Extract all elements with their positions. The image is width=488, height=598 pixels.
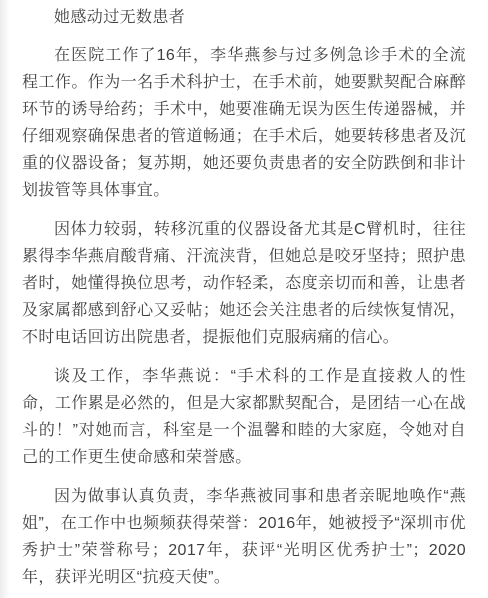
page-edge-shadow (0, 0, 10, 598)
article-title: 她感动过无数患者 (22, 4, 466, 31)
article-paragraph-1: 在医院工作了16年，李华燕参与过多例急诊手术的全流程工作。作为一名手术科护士，在… (22, 42, 466, 204)
article-body: 她感动过无数患者 在医院工作了16年，李华燕参与过多例急诊手术的全流程工作。作为… (22, 4, 466, 591)
article-paragraph-2: 因体力较弱，转移沉重的仪器设备尤其是C臂机时，往往累得李华燕肩酸背痛、汗流浃背，… (22, 216, 466, 351)
article-page: 她感动过无数患者 在医院工作了16年，李华燕参与过多例急诊手术的全流程工作。作为… (0, 0, 488, 598)
article-paragraph-4: 因为做事认真负责，李华燕被同事和患者亲昵地唤作“燕姐”，在工作中也频频获得荣誉：… (22, 483, 466, 591)
article-paragraph-3: 谈及工作，李华燕说：“手术科的工作是直接救人的性命，工作累是必然的，但是大家都默… (22, 363, 466, 471)
